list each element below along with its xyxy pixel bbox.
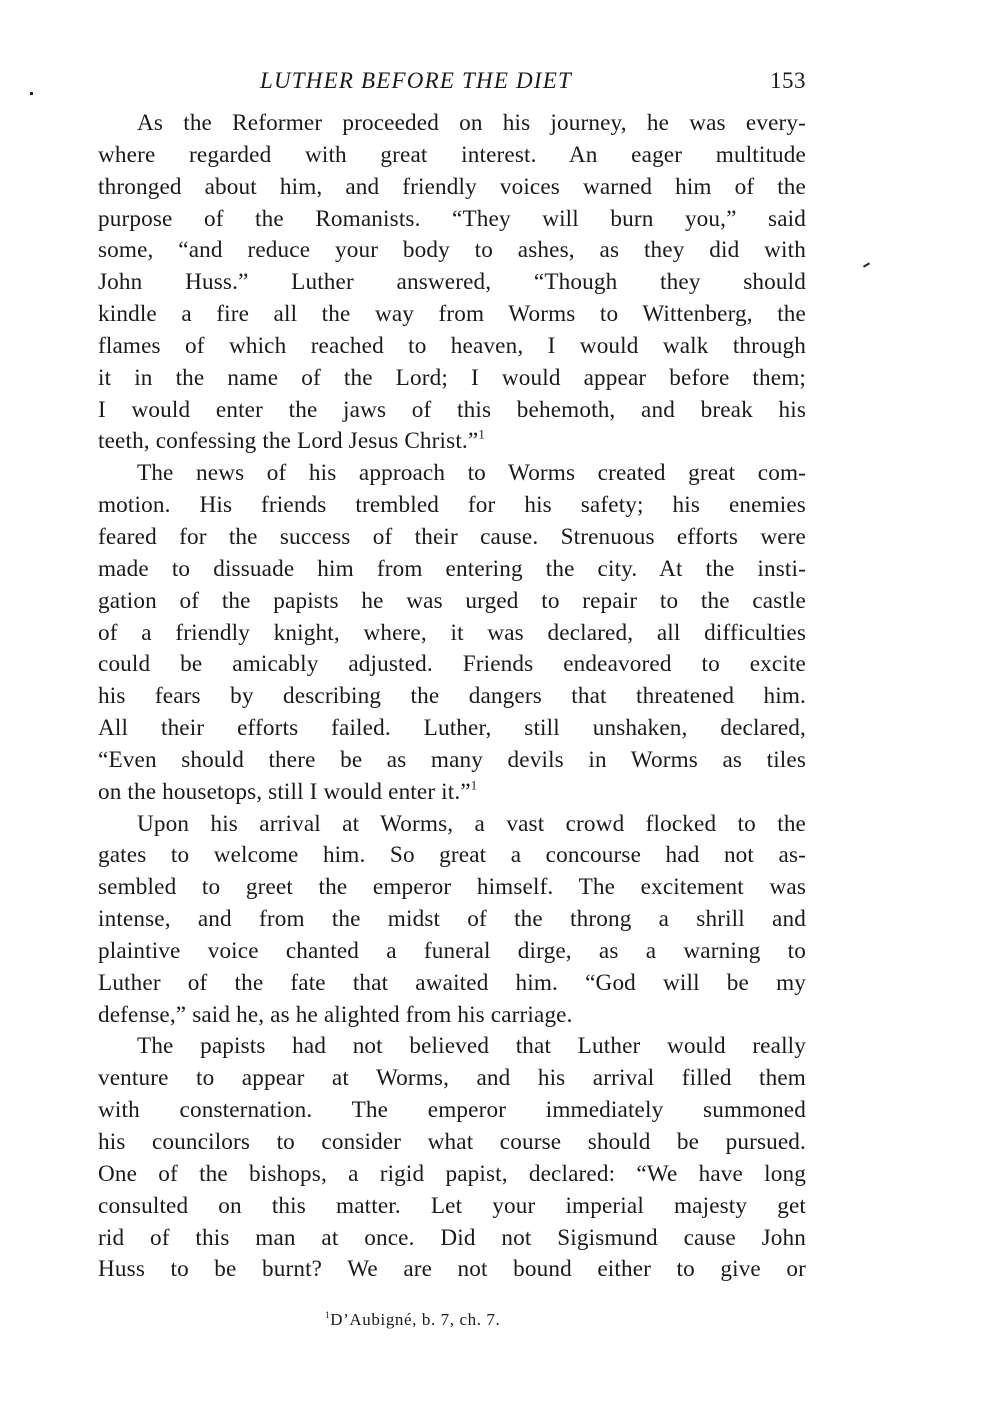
- footnote-ref: 1: [478, 428, 485, 442]
- text-line: his councilors to consider what course s…: [98, 1127, 806, 1159]
- text-line: motion. His friends trembled for his saf…: [98, 490, 806, 522]
- running-title: LUTHER BEFORE THE DIET: [260, 68, 572, 94]
- text-line: teeth, confessing the Lord Jesus Christ.…: [98, 426, 806, 458]
- text-line: on the housetops, still I would enter it…: [98, 777, 806, 809]
- text-line: could be amicably adjusted. Friends ende…: [98, 649, 806, 681]
- text-line: kindle a fire all the way from Worms to …: [98, 299, 806, 331]
- scan-speck: [30, 92, 33, 95]
- body-text: As the Reformer proceeded on his journey…: [98, 108, 806, 1286]
- text-line: sembled to greet the emperor himself. Th…: [98, 872, 806, 904]
- text-line: John Huss.” Luther answered, “Though the…: [98, 267, 806, 299]
- paragraph: The news of his approach to Worms create…: [98, 458, 806, 808]
- text-line: venture to appear at Worms, and his arri…: [98, 1063, 806, 1095]
- text-line: where regarded with great interest. An e…: [98, 140, 806, 172]
- scan-speck: [863, 262, 870, 267]
- running-head: LUTHER BEFORE THE DIET 153: [98, 62, 806, 102]
- text-line: rid of this man at once. Did not Sigismu…: [98, 1223, 806, 1255]
- text-line: The news of his approach to Worms create…: [98, 458, 806, 490]
- text-line: “Even should there be as many devils in …: [98, 745, 806, 777]
- text-line: As the Reformer proceeded on his journey…: [98, 108, 806, 140]
- paragraph: The papists had not believed that Luther…: [98, 1031, 806, 1286]
- text-line: Upon his arrival at Worms, a vast crowd …: [98, 809, 806, 841]
- text-line: it in the name of the Lord; I would appe…: [98, 363, 806, 395]
- text-line: thronged about him, and friendly voices …: [98, 172, 806, 204]
- text-line: Luther of the fate that awaited him. “Go…: [98, 968, 806, 1000]
- text-line: I would enter the jaws of this behemoth,…: [98, 395, 806, 427]
- text-line: The papists had not believed that Luther…: [98, 1031, 806, 1063]
- text-line: purpose of the Romanists. “They will bur…: [98, 204, 806, 236]
- book-page: LUTHER BEFORE THE DIET 153 As the Reform…: [98, 62, 806, 1286]
- text-line: some, “and reduce your body to ashes, as…: [98, 235, 806, 267]
- text-line: feared for the success of their cause. S…: [98, 522, 806, 554]
- page-number: 153: [770, 68, 806, 94]
- text-line: made to dissuade him from entering the c…: [98, 554, 806, 586]
- text-line: gates to welcome him. So great a concour…: [98, 840, 806, 872]
- footnote-text: D’Aubigné, b. 7, ch. 7.: [330, 1310, 500, 1329]
- text-line: plaintive voice chanted a funeral dirge,…: [98, 936, 806, 968]
- text-line: his fears by describing the dangers that…: [98, 681, 806, 713]
- text-line: flames of which reached to heaven, I wou…: [98, 331, 806, 363]
- text-line: consulted on this matter. Let your imper…: [98, 1191, 806, 1223]
- text-line-content: teeth, confessing the Lord Jesus Christ.…: [98, 428, 478, 454]
- text-line: with consternation. The emperor immediat…: [98, 1095, 806, 1127]
- text-line: One of the bishops, a rigid papist, decl…: [98, 1159, 806, 1191]
- text-line: All their efforts failed. Luther, still …: [98, 713, 806, 745]
- paragraph: Upon his arrival at Worms, a vast crowd …: [98, 809, 806, 1032]
- text-line: defense,” said he, as he alighted from h…: [98, 1000, 806, 1032]
- text-line: Huss to be burnt? We are not bound eithe…: [98, 1254, 806, 1286]
- text-line-content: on the housetops, still I would enter it…: [98, 779, 471, 805]
- footnote-ref: 1: [471, 778, 478, 792]
- text-line: gation of the papists he was urged to re…: [98, 586, 806, 618]
- footnote: 1D’Aubigné, b. 7, ch. 7.: [325, 1310, 500, 1330]
- paragraph: As the Reformer proceeded on his journey…: [98, 108, 806, 458]
- text-line: of a friendly knight, where, it was decl…: [98, 618, 806, 650]
- text-line: intense, and from the midst of the thron…: [98, 904, 806, 936]
